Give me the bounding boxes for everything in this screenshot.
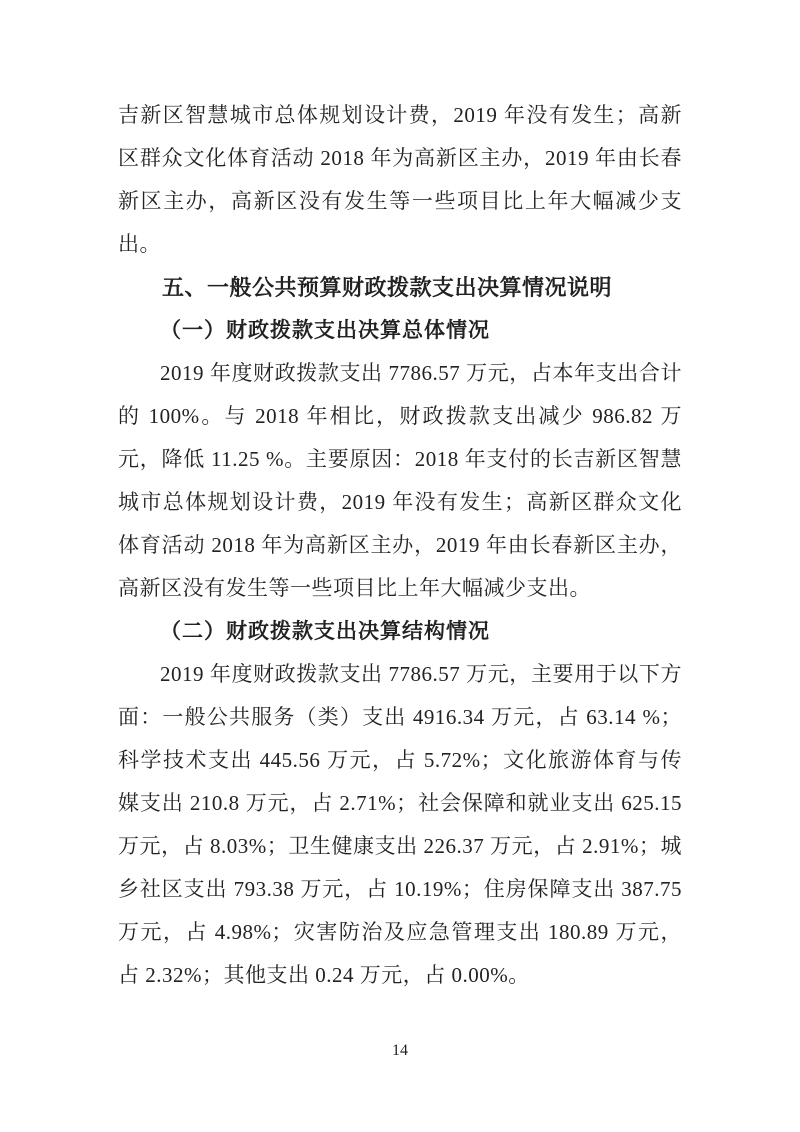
section-heading: 五、一般公共预算财政拨款支出决算情况说明 (118, 266, 682, 309)
subsection-paragraph-2: 2019 年度财政拨款支出 7786.57 万元，主要用于以下方面：一般公共服务… (118, 653, 682, 997)
continuation-paragraph: 吉新区智慧城市总体规划设计费，2019 年没有发生；高新区群众文化体育活动 20… (118, 94, 682, 266)
subsection-paragraph-1: 2019 年度财政拨款支出 7786.57 万元，占本年支出合计的 100%。与… (118, 352, 682, 610)
document-page: 吉新区智慧城市总体规划设计费，2019 年没有发生；高新区群众文化体育活动 20… (0, 0, 800, 1132)
page-number: 14 (0, 1040, 800, 1062)
subsection-heading-2: （二）财政拨款支出决算结构情况 (118, 610, 682, 653)
document-content: 吉新区智慧城市总体规划设计费，2019 年没有发生；高新区群众文化体育活动 20… (118, 94, 682, 997)
subsection-heading-1: （一）财政拨款支出决算总体情况 (118, 309, 682, 352)
